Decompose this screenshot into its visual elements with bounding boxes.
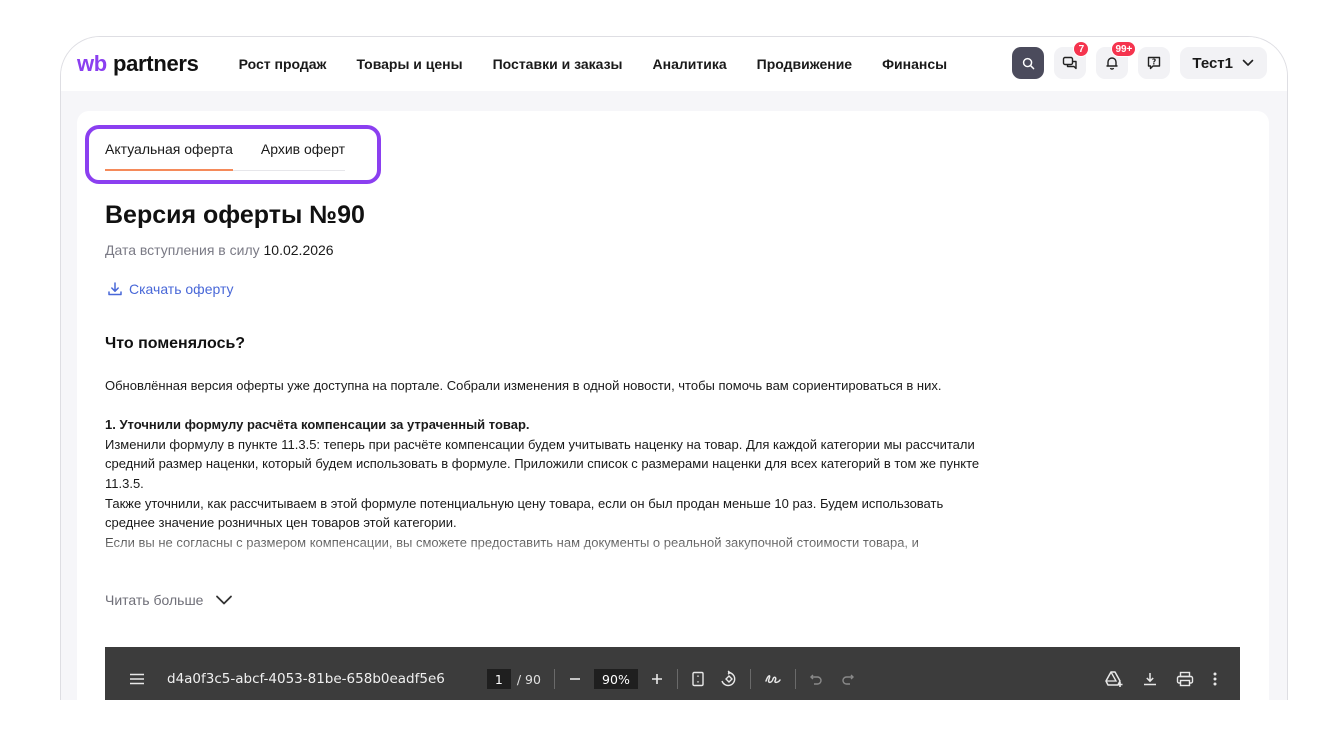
read-more-button[interactable]: Читать больше xyxy=(105,592,233,608)
text-fade-overlay xyxy=(105,531,1005,575)
chat-badge: 7 xyxy=(1073,41,1089,57)
more-options-button[interactable] xyxy=(1212,671,1218,687)
tab-offer-archive[interactable]: Архив оферт xyxy=(261,141,345,170)
more-vertical-icon xyxy=(1212,671,1218,687)
printer-icon xyxy=(1176,671,1194,687)
app-window: wb partners Рост продаж Товары и цены По… xyxy=(60,36,1288,700)
undo-button[interactable] xyxy=(809,672,823,686)
effective-date-row: Дата вступления в силу 10.02.2026 xyxy=(105,242,334,258)
change-item-title: 1. Уточнили формулу расчёта компенсации … xyxy=(105,415,995,435)
rotate-button[interactable] xyxy=(719,670,737,688)
notifications-button[interactable]: 99+ xyxy=(1096,47,1128,79)
offer-tabs: Актуальная оферта Архив оферт xyxy=(105,141,345,171)
fit-page-button[interactable] xyxy=(691,671,705,687)
nav-promotion[interactable]: Продвижение xyxy=(757,56,852,72)
divider xyxy=(795,669,796,689)
redo-icon xyxy=(841,672,855,686)
page-number-input[interactable]: 1 xyxy=(487,669,511,689)
effective-date-label: Дата вступления в силу xyxy=(105,242,260,258)
chevron-down-icon xyxy=(215,594,233,606)
tab-current-offer[interactable]: Актуальная оферта xyxy=(105,141,233,170)
logo-partners: partners xyxy=(113,51,199,77)
logo[interactable]: wb partners xyxy=(77,51,199,77)
user-name: Тест1 xyxy=(1192,55,1233,72)
offer-card: Актуальная оферта Архив оферт Версия офе… xyxy=(77,111,1269,700)
read-more-label: Читать больше xyxy=(105,592,203,608)
change-item-paragraph: Также уточнили, как рассчитываем в этой … xyxy=(105,494,995,533)
nav-sales-growth[interactable]: Рост продаж xyxy=(239,56,327,72)
changes-title: Что поменялось? xyxy=(105,335,245,353)
draw-signature-icon xyxy=(764,671,782,687)
pdf-right-tools xyxy=(1104,647,1218,700)
plus-icon xyxy=(650,672,664,686)
support-button[interactable]: ? xyxy=(1138,47,1170,79)
page-title: Версия оферты №90 xyxy=(105,201,365,230)
svg-text:?: ? xyxy=(1152,58,1156,67)
help-chat-icon: ? xyxy=(1146,55,1162,71)
pdf-file-name: d4a0f3c5-abcf-4053-81be-658b0eadf5e6 xyxy=(167,671,445,687)
header-actions: 7 99+ ? Тест1 xyxy=(1012,47,1267,79)
draw-button[interactable] xyxy=(764,671,782,687)
chat-icon xyxy=(1062,55,1078,71)
download-offer-link[interactable]: Скачать оферту xyxy=(107,281,234,297)
user-menu-button[interactable]: Тест1 xyxy=(1180,47,1267,79)
changes-intro: Обновлённая версия оферты уже доступна н… xyxy=(105,376,995,396)
bell-icon xyxy=(1104,55,1120,71)
change-item-paragraph: Изменили формулу в пункте 11.3.5: теперь… xyxy=(105,435,995,494)
zoom-level-input[interactable]: 90% xyxy=(594,669,638,689)
fit-page-icon xyxy=(691,671,705,687)
chats-button[interactable]: 7 xyxy=(1054,47,1086,79)
divider xyxy=(677,669,678,689)
download-offer-label: Скачать оферту xyxy=(129,281,234,297)
rotate-icon xyxy=(719,670,737,688)
pdf-toolbar: d4a0f3c5-abcf-4053-81be-658b0eadf5e6 1 /… xyxy=(105,647,1240,700)
drive-add-icon xyxy=(1104,670,1124,688)
redo-button[interactable] xyxy=(841,672,855,686)
download-icon xyxy=(107,281,123,297)
nav-finance[interactable]: Финансы xyxy=(882,56,947,72)
notifications-badge: 99+ xyxy=(1111,41,1136,57)
print-button[interactable] xyxy=(1176,671,1194,687)
search-button[interactable] xyxy=(1012,47,1044,79)
zoom-out-button[interactable] xyxy=(568,672,582,686)
save-to-drive-button[interactable] xyxy=(1104,670,1124,688)
search-icon xyxy=(1022,57,1035,70)
chevron-down-icon xyxy=(1241,56,1255,70)
top-header: wb partners Рост продаж Товары и цены По… xyxy=(61,37,1287,91)
effective-date-value: 10.02.2026 xyxy=(264,242,334,258)
main-nav: Рост продаж Товары и цены Поставки и зак… xyxy=(239,56,978,72)
nav-analytics[interactable]: Аналитика xyxy=(653,56,727,72)
divider xyxy=(554,669,555,689)
nav-goods-prices[interactable]: Товары и цены xyxy=(356,56,462,72)
divider xyxy=(750,669,751,689)
download-icon xyxy=(1142,671,1158,687)
page-total: / 90 xyxy=(517,672,541,687)
pdf-download-button[interactable] xyxy=(1142,671,1158,687)
pdf-menu-button[interactable] xyxy=(129,672,145,686)
hamburger-menu-icon xyxy=(129,672,145,686)
minus-icon xyxy=(568,672,582,686)
logo-wb: wb xyxy=(77,51,107,77)
zoom-in-button[interactable] xyxy=(650,672,664,686)
nav-supplies-orders[interactable]: Поставки и заказы xyxy=(493,56,623,72)
undo-icon xyxy=(809,672,823,686)
